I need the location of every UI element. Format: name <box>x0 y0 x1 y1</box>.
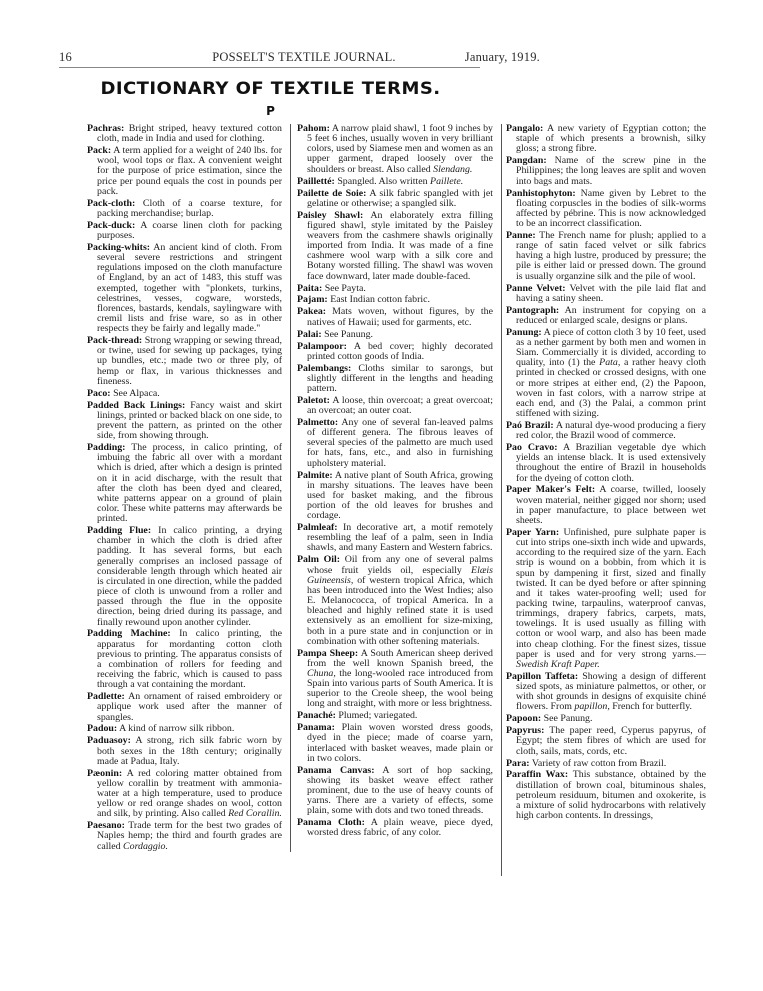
entry-definition: East Indian cotton fabric. <box>330 294 430 305</box>
dictionary-entry: Paesano: Trade term for the best two gra… <box>87 821 282 851</box>
dictionary-entry: Paduasoy: A strong, rich silk fabric wor… <box>87 736 282 766</box>
column-divider <box>290 124 291 852</box>
dictionary-entry: Paco: See Alpaca. <box>87 389 282 399</box>
entry-definition: See Panung. <box>324 329 373 340</box>
entry-italic-term: Slendang. <box>433 164 472 175</box>
dictionary-entry: Palampoor: A bed cover; highly decorated… <box>297 342 493 362</box>
dictionary-entry: Paó Brazil: A natural dye-wood producing… <box>506 421 706 441</box>
entry-italic-term: Swedish Kraft Paper. <box>516 659 600 670</box>
entry-definition: A new variety of Egyptian cotton; the st… <box>516 123 706 154</box>
dictionary-entry: Palmetto: Any one of several fan-leaved … <box>297 418 493 469</box>
entry-definition: A loose, thin overcoat; a great overcoat… <box>307 395 493 416</box>
column-divider <box>501 124 502 876</box>
column-right: Pangalo: A new variety of Egyptian cotto… <box>506 124 706 823</box>
dictionary-entry: Pailletté: Spangled. Also written Paille… <box>297 177 493 187</box>
entry-definition: Unfinished, pure sulphate paper is cut i… <box>516 527 706 660</box>
entry-italic-term: papillon, <box>574 701 609 712</box>
dictionary-entry: Panama Canvas: A sort of hop sacking, sh… <box>297 766 493 817</box>
dictionary-entry: Panung: A piece of cotton cloth 3 by 10 … <box>506 328 706 419</box>
dictionary-entry: Pæonin: A red coloring matter obtained f… <box>87 769 282 820</box>
entry-italic-term: Red Corallin. <box>228 808 282 819</box>
dictionary-entry: Palembangs: Cloths similar to sarongs, b… <box>297 364 493 394</box>
entry-term: Para: <box>506 758 530 769</box>
journal-title: POSSELT'S TEXTILE JOURNAL. <box>194 50 414 65</box>
dictionary-entry: Pailette de Soie: A silk fabric spangled… <box>297 189 493 209</box>
entry-definition: In calico printing, a drying chamber in … <box>97 525 282 627</box>
dictionary-entry: Pangdan: Name of the screw pine in the P… <box>506 156 706 186</box>
entry-definition: See Alpaca. <box>113 388 160 399</box>
entry-definition: Plumed; variegated. <box>338 710 417 721</box>
dictionary-entry: Pahom: A narrow plaid shawl, 1 foot 9 in… <box>297 124 493 175</box>
entry-term: Padou: <box>87 723 117 734</box>
dictionary-entry: Pampa Sheep: A South American sheep deri… <box>297 649 493 710</box>
dictionary-entry: Papyrus: The paper reed, Cyperus papyrus… <box>506 726 706 756</box>
entry-definition-continued: of western tropical Africa, which has be… <box>307 575 493 647</box>
dictionary-entry: Padou: A kind of narrow silk ribbon. <box>87 724 282 734</box>
dictionary-entry: Panhistophyton: Name given by Lebret to … <box>506 189 706 230</box>
dictionary-entry: Paletot: A loose, thin overcoat; a great… <box>297 396 493 416</box>
entry-term: Papoon: <box>506 713 541 724</box>
dictionary-entry: Pangalo: A new variety of Egyptian cotto… <box>506 124 706 154</box>
running-head: 16 POSSELT'S TEXTILE JOURNAL. January, 1… <box>59 50 480 66</box>
entry-term: Paco: <box>87 388 111 399</box>
column-middle: Pahom: A narrow plaid shawl, 1 foot 9 in… <box>297 124 493 840</box>
dictionary-entry: Paraffin Wax: This substance, obtained b… <box>506 770 706 821</box>
entry-definition: Spangled. Also written <box>337 176 430 187</box>
dictionary-entry: Pajam: East Indian cotton fabric. <box>297 295 493 305</box>
entry-definition-continued: a rather heavy cloth printed in checked … <box>516 357 706 419</box>
dictionary-entry: Pantograph: An instrument for copying on… <box>506 306 706 326</box>
dictionary-entry: Palm Oil: Oil from any one of several pa… <box>297 555 493 646</box>
page-number: 16 <box>59 50 72 65</box>
dictionary-entry: Paita: See Payta. <box>297 284 493 294</box>
entry-definition: Variety of raw cotton from Brazil. <box>532 758 666 769</box>
dictionary-entry: Papoon: See Panung. <box>506 714 706 724</box>
entry-definition: Bright striped, heavy textured cotton cl… <box>97 123 282 144</box>
dictionary-entry: Panama: Plain woven worsted dress goods,… <box>297 723 493 764</box>
entry-definition: An ancient kind of cloth. From several s… <box>97 242 282 334</box>
entry-italic-term: Paillete. <box>430 176 463 187</box>
entry-definition: A term applied for a weight of 240 lbs. … <box>97 145 282 197</box>
entry-term: Panaché: <box>297 710 336 721</box>
dictionary-entry: Panne Velvet: Velvet with the pile laid … <box>506 284 706 304</box>
dictionary-entry: Papillon Taffeta: Showing a design of di… <box>506 672 706 713</box>
entry-italic-term: Cordaggio. <box>123 841 168 852</box>
dictionary-entry: Pack: A term applied for a weight of 240… <box>87 146 282 197</box>
dictionary-entry: Paper Maker's Felt: A coarse, twilled, l… <box>506 485 706 526</box>
entry-definition-continued: the long-wooled race introduced from Spa… <box>307 668 493 709</box>
dictionary-entry: Packing-whits: An ancient kind of cloth.… <box>87 243 282 334</box>
entry-definition: The paper reed, Cyperus papyrus, of Egyp… <box>516 725 706 756</box>
dictionary-entry: Paisley Shawl: An elaborately extra fill… <box>297 211 493 282</box>
dictionary-entry: Pao Cravo: A Brazilian vegetable dye whi… <box>506 443 706 484</box>
dictionary-entry: Pack-thread: Strong wrapping or sewing t… <box>87 336 282 387</box>
dictionary-entry: Palai: See Panung. <box>297 330 493 340</box>
entry-definition-continued: French for butterfly. <box>610 701 692 712</box>
column-left: Pachras: Bright striped, heavy textured … <box>87 124 282 854</box>
entry-definition: Mats woven, without figures, by the nati… <box>307 306 493 327</box>
dictionary-entry: Padding Machine: In calico printing, the… <box>87 629 282 690</box>
dictionary-entry: Para: Variety of raw cotton from Brazil. <box>506 759 706 769</box>
dictionary-entry: Padding Flue: In calico printing, a dryi… <box>87 526 282 628</box>
dictionary-entry: Pack-duck: A coarse linen cloth for pack… <box>87 221 282 241</box>
dictionary-entry: Pachras: Bright striped, heavy textured … <box>87 124 282 144</box>
page-title: DICTIONARY OF TEXTILE TERMS. <box>0 79 557 99</box>
dictionary-entry: Palmite: A native plant of South Africa,… <box>297 471 493 522</box>
dictionary-entry: Padded Back Linings: Fancy waist and ski… <box>87 401 282 442</box>
issue-date: January, 1919. <box>427 50 540 65</box>
entry-definition: The French name for plush; applied to a … <box>516 230 706 282</box>
entry-term: Paita: <box>297 283 322 294</box>
dictionary-entry: Palmleaf: In decorative art, a motif rem… <box>297 523 493 553</box>
entry-definition: In calico printing, the apparatus for mo… <box>97 628 282 690</box>
dictionary-entry: Paper Yarn: Unfinished, pure sulphate pa… <box>506 528 706 670</box>
section-letter: P <box>0 104 541 118</box>
entry-definition: An elaborately extra filling figured sha… <box>307 210 493 282</box>
entry-definition: See Payta. <box>325 283 366 294</box>
entry-definition: Plain woven worsted dress goods, dyed in… <box>307 722 493 763</box>
dictionary-entry: Panne: The French name for plush; applie… <box>506 231 706 282</box>
dictionary-entry: Pack-cloth: Cloth of a coarse texture, f… <box>87 199 282 219</box>
dictionary-entry: Pakea: Mats woven, without figures, by t… <box>297 307 493 327</box>
entry-definition: An ornament of raised embroidery or appl… <box>97 691 282 722</box>
entry-definition: A kind of narrow silk ribbon. <box>119 723 234 734</box>
entry-term: Pailletté: <box>297 176 335 187</box>
header-rule <box>59 67 480 68</box>
entry-definition: A native plant of South Africa, growing … <box>307 470 493 522</box>
entry-term: Pajam: <box>297 294 328 305</box>
dictionary-entry: Padding: The process, in calico printing… <box>87 443 282 524</box>
dictionary-entry: Panama Cloth: A plain weave, piece dyed,… <box>297 818 493 838</box>
entry-definition: The process, in calico printing, of imbu… <box>97 442 282 524</box>
dictionary-entry: Panaché: Plumed; variegated. <box>297 711 493 721</box>
dictionary-entry: Padlette: An ornament of raised embroide… <box>87 692 282 722</box>
entry-definition: See Panung. <box>544 713 593 724</box>
entry-term: Palai: <box>297 329 322 340</box>
